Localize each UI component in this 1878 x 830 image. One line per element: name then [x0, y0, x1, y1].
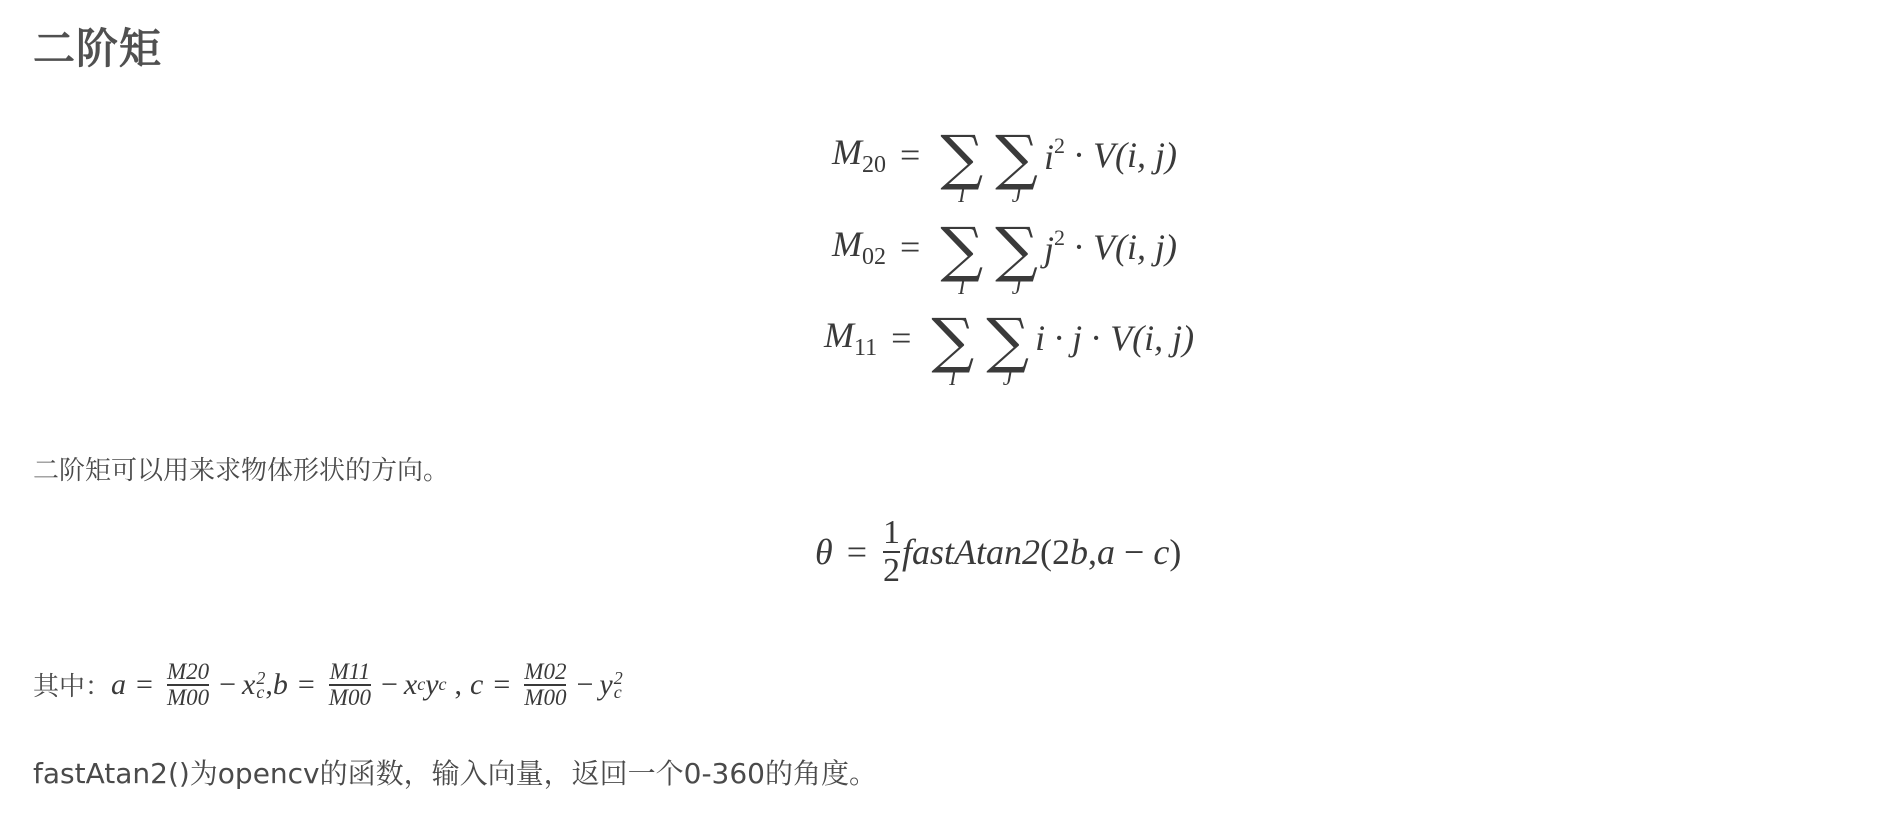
def-c: c= M02M00 − y2c — [470, 660, 623, 710]
eq-term: j2 — [1044, 225, 1065, 270]
dot-operator: · — [1090, 317, 1102, 359]
function-name: fastAtan2 — [902, 531, 1040, 573]
sum-over-j: ∑J — [986, 313, 1029, 389]
equals-sign: = — [900, 226, 920, 268]
eq-term: i · j — [1035, 317, 1082, 359]
equals-sign: = — [891, 317, 911, 359]
eq-lhs: M20 — [832, 131, 886, 179]
eq-lhs: M02 — [832, 223, 886, 271]
sum-over-i: ∑I — [931, 313, 974, 389]
paragraph-orientation: 二阶矩可以用来求物体形状的方向。 — [33, 450, 449, 487]
where-prefix: 其中： — [33, 666, 111, 703]
sum-over-i: ∑I — [940, 130, 983, 206]
eq-term: i2 — [1044, 133, 1065, 178]
def-a: a= M20M00 − x2c, — [111, 660, 273, 710]
equation-theta: θ = 12 fastAtan2(2b, a − c) — [815, 515, 1181, 589]
sum-over-j: ∑J — [995, 130, 1038, 206]
fraction-one-half: 12 — [883, 515, 900, 589]
eq-rhs: V(i, j) — [1093, 134, 1177, 176]
theta-symbol: θ — [815, 531, 833, 573]
dot-operator: · — [1073, 134, 1085, 176]
def-b: b= M11M00 − xcyc, — [273, 660, 470, 710]
paragraph-fastatan2: fastAtan2()为opencv的函数，输入向量，返回一个0-360的角度。 — [33, 752, 877, 792]
equals-sign: = — [900, 134, 920, 176]
equals-sign: = — [847, 531, 867, 573]
eq-rhs: V(i, j) — [1110, 317, 1194, 359]
equation-m20: M20 = ∑I ∑J i2 · V(i, j) — [832, 104, 1177, 206]
section-heading: 二阶矩 — [33, 16, 162, 76]
equation-m11: M11 = ∑I ∑J i · j · V(i, j) — [824, 287, 1194, 389]
where-definitions: 其中： a= M20M00 − x2c, b= M11M00 − xcyc, c… — [33, 660, 623, 710]
eq-rhs: V(i, j) — [1093, 226, 1177, 268]
eq-lhs: M11 — [824, 314, 877, 362]
dot-operator: · — [1073, 226, 1085, 268]
equation-m02: M02 = ∑I ∑J j2 · V(i, j) — [832, 196, 1177, 298]
